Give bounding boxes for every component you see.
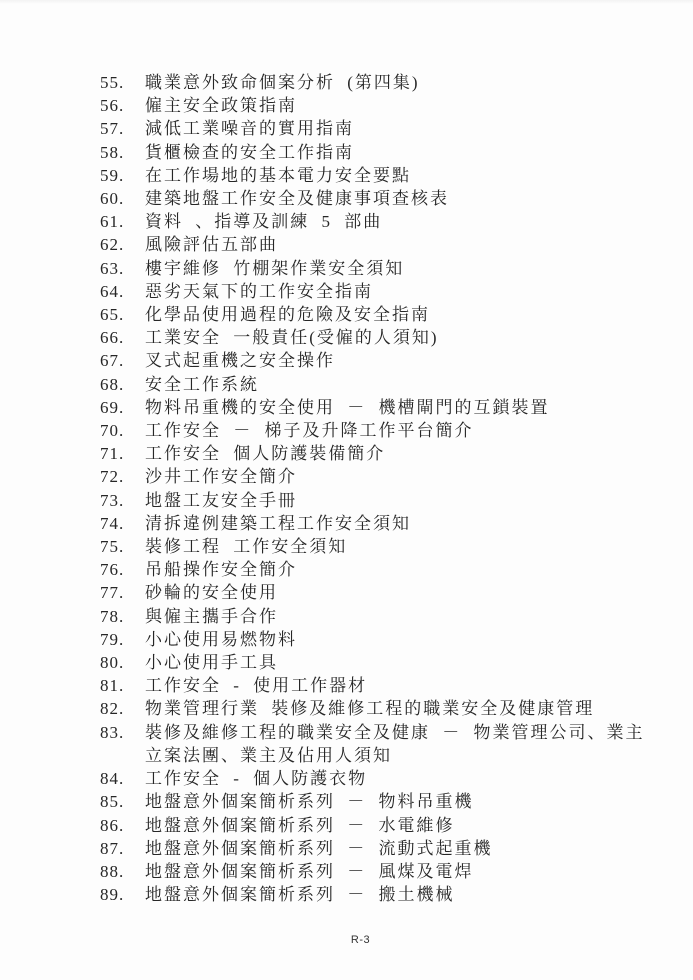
list-item-number: 65. [100,303,145,326]
list-item-number: 77. [100,581,145,604]
text-line: 地盤意外個案簡析系列 － 物料吊重機 [145,790,660,813]
text-line: 物料吊重機的安全使用 － 機槽閘門的互鎖裝置 [145,396,660,419]
list-item: 55. 職業意外致命個案分析 (第四集) [100,71,660,94]
list-item: 69. 物料吊重機的安全使用 － 機槽閘門的互鎖裝置 [100,396,660,419]
list-item-text: 貨櫃檢查的安全工作指南 [145,141,660,164]
text-line: 工業安全 一般責任(受僱的人須知) [145,326,660,349]
list-item: 83. 裝修及維修工程的職業安全及健康 － 物業管理公司、業主立案法團、業主及佔… [100,721,660,767]
list-item-text: 安全工作系統 [145,373,660,396]
text-line: 工作安全 - 使用工作器材 [145,674,660,697]
list-item: 63. 樓宇維修 竹棚架作業安全須知 [100,257,660,280]
list-item: 88. 地盤意外個案簡析系列 － 風煤及電焊 [100,860,660,883]
list-item-number: 60. [100,187,145,210]
text-line: 吊船操作安全簡介 [145,558,660,581]
list-item: 60. 建築地盤工作安全及健康事項查核表 [100,187,660,210]
list-item-number: 85. [100,790,145,813]
list-item-number: 84. [100,767,145,790]
text-line: 工作安全 － 梯子及升降工作平台簡介 [145,419,660,442]
list-item-number: 86. [100,814,145,837]
list-item: 86. 地盤意外個案簡析系列 － 水電維修 [100,814,660,837]
text-line: 在工作場地的基本電力安全要點 [145,164,660,187]
list-item-text: 建築地盤工作安全及健康事項查核表 [145,187,660,210]
text-line: 物業管理行業 裝修及維修工程的職業安全及健康管理 [145,697,660,720]
list-item: 82. 物業管理行業 裝修及維修工程的職業安全及健康管理 [100,697,660,720]
list-item-number: 56. [100,94,145,117]
list-item: 56. 僱主安全政策指南 [100,94,660,117]
list-item: 58. 貨櫃檢查的安全工作指南 [100,141,660,164]
list-item: 64. 惡劣天氣下的工作安全指南 [100,280,660,303]
text-line: 與僱主攜手合作 [145,605,660,628]
list-item-number: 89. [100,883,145,906]
list-item: 71. 工作安全 個人防護裝備簡介 [100,442,660,465]
list-item-text: 在工作場地的基本電力安全要點 [145,164,660,187]
text-line: 地盤意外個案簡析系列 － 搬土機械 [145,883,660,906]
list-item: 78. 與僱主攜手合作 [100,605,660,628]
list-item-number: 55. [100,71,145,94]
list-item: 74. 清拆違例建築工程工作安全須知 [100,512,660,535]
list-item-number: 80. [100,651,145,674]
text-line: 地盤工友安全手冊 [145,489,660,512]
list-item-number: 68. [100,373,145,396]
list-item-number: 82. [100,697,145,720]
text-line: 裝修工程 工作安全須知 [145,535,660,558]
text-line: 建築地盤工作安全及健康事項查核表 [145,187,660,210]
list-item-text: 物料吊重機的安全使用 － 機槽閘門的互鎖裝置 [145,396,660,419]
text-line: 工作安全 個人防護裝備簡介 [145,442,660,465]
text-line: 立案法團、業主及佔用人須知 [145,744,660,767]
text-line: 風險評估五部曲 [145,233,660,256]
list-item-text: 小心使用手工具 [145,651,660,674]
publication-list: 55. 職業意外致命個案分析 (第四集) 56. 僱主安全政策指南 57. 減低… [100,71,660,906]
list-item: 72. 沙井工作安全簡介 [100,465,660,488]
text-line: 叉式起重機之安全操作 [145,349,660,372]
list-item-text: 地盤工友安全手冊 [145,489,660,512]
list-item-text: 工作安全 - 使用工作器材 [145,674,660,697]
list-item-number: 88. [100,860,145,883]
list-item-text: 地盤意外個案簡析系列 － 風煤及電焊 [145,860,660,883]
list-item-text: 職業意外致命個案分析 (第四集) [145,71,660,94]
list-item-number: 69. [100,396,145,419]
list-item-text: 工作安全 - 個人防護衣物 [145,767,660,790]
list-item: 87. 地盤意外個案簡析系列 － 流動式起重機 [100,837,660,860]
list-item-text: 僱主安全政策指南 [145,94,660,117]
list-item: 66. 工業安全 一般責任(受僱的人須知) [100,326,660,349]
text-line: 地盤意外個案簡析系列 － 水電維修 [145,814,660,837]
list-item-text: 工作安全 － 梯子及升降工作平台簡介 [145,419,660,442]
text-line: 資料 、指導及訓練 5 部曲 [145,210,660,233]
list-item-text: 樓宇維修 竹棚架作業安全須知 [145,257,660,280]
list-item: 76. 吊船操作安全簡介 [100,558,660,581]
text-line: 地盤意外個案簡析系列 － 風煤及電焊 [145,860,660,883]
list-item-number: 67. [100,349,145,372]
text-line: 職業意外致命個案分析 (第四集) [145,71,660,94]
text-line: 清拆違例建築工程工作安全須知 [145,512,660,535]
list-item-number: 81. [100,674,145,697]
text-line: 裝修及維修工程的職業安全及健康 － 物業管理公司、業主 [145,721,660,744]
text-line: 化學品使用過程的危險及安全指南 [145,303,660,326]
list-item-text: 裝修及維修工程的職業安全及健康 － 物業管理公司、業主立案法團、業主及佔用人須知 [145,721,660,767]
list-item-number: 79. [100,628,145,651]
list-item-number: 72. [100,465,145,488]
text-line: 小心使用手工具 [145,651,660,674]
list-item-text: 工業安全 一般責任(受僱的人須知) [145,326,660,349]
list-item: 84. 工作安全 - 個人防護衣物 [100,767,660,790]
list-item: 89. 地盤意外個案簡析系列 － 搬土機械 [100,883,660,906]
text-line: 砂輪的安全使用 [145,581,660,604]
list-item-number: 75. [100,535,145,558]
list-item: 80. 小心使用手工具 [100,651,660,674]
list-item: 81. 工作安全 - 使用工作器材 [100,674,660,697]
list-item: 61. 資料 、指導及訓練 5 部曲 [100,210,660,233]
text-line: 沙井工作安全簡介 [145,465,660,488]
list-item: 67. 叉式起重機之安全操作 [100,349,660,372]
list-item-text: 沙井工作安全簡介 [145,465,660,488]
text-line: 工作安全 - 個人防護衣物 [145,767,660,790]
list-item-text: 地盤意外個案簡析系列 － 流動式起重機 [145,837,660,860]
text-line: 小心使用易燃物料 [145,628,660,651]
text-line: 貨櫃檢查的安全工作指南 [145,141,660,164]
list-item-number: 71. [100,442,145,465]
list-item-number: 76. [100,558,145,581]
list-item-text: 地盤意外個案簡析系列 － 搬土機械 [145,883,660,906]
list-item-text: 惡劣天氣下的工作安全指南 [145,280,660,303]
list-item-number: 78. [100,605,145,628]
text-line: 惡劣天氣下的工作安全指南 [145,280,660,303]
list-item: 62. 風險評估五部曲 [100,233,660,256]
list-item-text: 與僱主攜手合作 [145,605,660,628]
text-line: 地盤意外個案簡析系列 － 流動式起重機 [145,837,660,860]
list-item: 70. 工作安全 － 梯子及升降工作平台簡介 [100,419,660,442]
list-item-number: 66. [100,326,145,349]
list-item-number: 59. [100,164,145,187]
list-item: 65. 化學品使用過程的危險及安全指南 [100,303,660,326]
list-item-text: 減低工業噪音的實用指南 [145,117,660,140]
document-page: 55. 職業意外致命個案分析 (第四集) 56. 僱主安全政策指南 57. 減低… [0,0,693,980]
list-item-text: 清拆違例建築工程工作安全須知 [145,512,660,535]
list-item-text: 小心使用易燃物料 [145,628,660,651]
list-item-number: 58. [100,141,145,164]
list-item-number: 73. [100,489,145,512]
list-item: 79. 小心使用易燃物料 [100,628,660,651]
list-item-text: 裝修工程 工作安全須知 [145,535,660,558]
list-item-text: 工作安全 個人防護裝備簡介 [145,442,660,465]
list-item: 68. 安全工作系統 [100,373,660,396]
list-item-number: 62. [100,233,145,256]
list-item-number: 61. [100,210,145,233]
list-item-text: 地盤意外個案簡析系列 － 水電維修 [145,814,660,837]
list-item-number: 70. [100,419,145,442]
list-item: 57. 減低工業噪音的實用指南 [100,117,660,140]
list-item-number: 74. [100,512,145,535]
list-item-number: 57. [100,117,145,140]
page-footer: R-3 [0,934,693,946]
list-item-number: 63. [100,257,145,280]
list-item-text: 地盤意外個案簡析系列 － 物料吊重機 [145,790,660,813]
list-item: 85. 地盤意外個案簡析系列 － 物料吊重機 [100,790,660,813]
list-item-text: 風險評估五部曲 [145,233,660,256]
text-line: 減低工業噪音的實用指南 [145,117,660,140]
list-item-number: 64. [100,280,145,303]
list-item: 59. 在工作場地的基本電力安全要點 [100,164,660,187]
list-item-text: 物業管理行業 裝修及維修工程的職業安全及健康管理 [145,697,660,720]
list-item-text: 化學品使用過程的危險及安全指南 [145,303,660,326]
list-item: 77. 砂輪的安全使用 [100,581,660,604]
list-item-text: 砂輪的安全使用 [145,581,660,604]
list-item: 75. 裝修工程 工作安全須知 [100,535,660,558]
page-number: R-3 [351,934,370,946]
list-item: 73. 地盤工友安全手冊 [100,489,660,512]
text-line: 安全工作系統 [145,373,660,396]
text-line: 樓宇維修 竹棚架作業安全須知 [145,257,660,280]
list-item-text: 資料 、指導及訓練 5 部曲 [145,210,660,233]
list-item-text: 叉式起重機之安全操作 [145,349,660,372]
list-item-number: 83. [100,721,145,744]
list-item-text: 吊船操作安全簡介 [145,558,660,581]
text-line: 僱主安全政策指南 [145,94,660,117]
list-item-number: 87. [100,837,145,860]
